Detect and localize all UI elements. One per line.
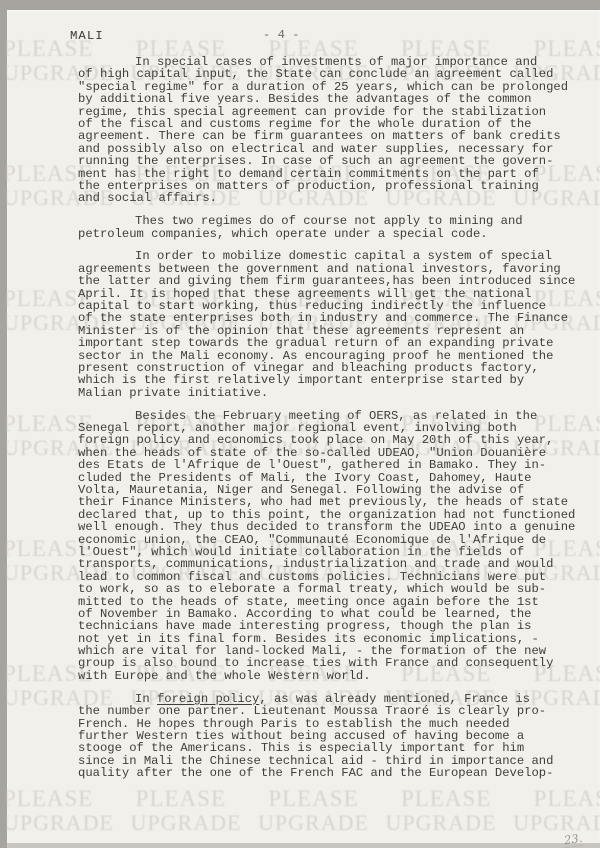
typed-line: Malian private initiative. bbox=[78, 387, 590, 399]
typed-line: des Etats de l'Afrique de l'Ouest", gath… bbox=[78, 459, 590, 471]
typed-line: stooge of the Americans. This is especia… bbox=[78, 742, 590, 754]
watermark-word: UPGRADE bbox=[131, 812, 242, 834]
typed-line: agreement. There can be firm guarantees … bbox=[78, 130, 590, 142]
typed-line: to work, so as to eleborate a formal tre… bbox=[78, 583, 590, 595]
watermark-row: UPGRADEUPGRADEUPGRADEUPGRADEUPGRADE bbox=[7, 812, 600, 834]
scan-bottom-edge bbox=[7, 843, 600, 848]
typed-line: Thes two regimes do of course not apply … bbox=[78, 215, 590, 227]
paragraph: In special cases of investments of major… bbox=[78, 56, 590, 205]
watermark-word: PLEASE bbox=[268, 787, 358, 810]
typed-line: the number one partner. Lieutenant Mouss… bbox=[78, 705, 590, 717]
watermark-word: PLEASE bbox=[401, 787, 491, 810]
paragraph: Besides the February meeting of OERS, as… bbox=[78, 410, 590, 683]
watermark-word: PLEASE bbox=[534, 787, 600, 810]
typed-line: and social affairs. bbox=[78, 192, 590, 204]
paragraph: In order to mobilize domestic capital a … bbox=[78, 250, 590, 399]
watermark-word: UPGRADE bbox=[7, 812, 114, 834]
typed-line: transports, communications, industrializ… bbox=[78, 558, 590, 570]
typed-line: with Europe and the whole Western world. bbox=[78, 670, 590, 682]
watermark-word: PLEASE bbox=[7, 787, 93, 810]
typed-line: of high capital input, the State can con… bbox=[78, 68, 590, 80]
watermark-word: UPGRADE bbox=[258, 812, 369, 834]
watermark-word: PLEASE bbox=[136, 787, 226, 810]
paper-page: PLEASEPLEASEPLEASEPLEASEPLEASEUPGRADEUPG… bbox=[7, 10, 600, 843]
typed-line: well enough. They thus decided to transf… bbox=[78, 521, 590, 533]
typed-line: running the enterprises. In case of such… bbox=[78, 155, 590, 167]
typed-page-number: - 4 - bbox=[263, 28, 300, 42]
typed-line: of the state enterprises both in industr… bbox=[78, 312, 590, 324]
typed-line: petroleum companies, which operate under… bbox=[78, 228, 590, 240]
typed-line: which is the first relatively important … bbox=[78, 374, 590, 386]
typed-line: by additional five years. Besides the ad… bbox=[78, 93, 590, 105]
typed-line: their Finance Ministers, who had met pre… bbox=[78, 496, 590, 508]
typed-line: important step towards the gradual retur… bbox=[78, 337, 590, 349]
typed-line: group is also bound to increase ties wit… bbox=[78, 657, 590, 669]
typed-line: In order to mobilize domestic capital a … bbox=[78, 250, 590, 262]
watermark-word: UPGRADE bbox=[386, 812, 497, 834]
paragraph: In foreign policy, as was already mentio… bbox=[78, 693, 590, 780]
paragraph: Thes two regimes do of course not apply … bbox=[78, 215, 590, 240]
document-body: In special cases of investments of major… bbox=[78, 56, 590, 790]
typed-line: technicians have made interesting progre… bbox=[78, 620, 590, 632]
handwritten-page-number: 23. bbox=[562, 831, 584, 848]
typed-line: the latter and giving them firm guarante… bbox=[78, 275, 590, 287]
section-title: MALI bbox=[70, 29, 104, 43]
watermark-row: PLEASEPLEASEPLEASEPLEASEPLEASE bbox=[7, 787, 600, 810]
typed-line: foreign policy and economics took place … bbox=[78, 434, 590, 446]
typed-line: quality after the one of the French FAC … bbox=[78, 767, 590, 779]
scanned-document: PLEASEPLEASEPLEASEPLEASEPLEASEUPGRADEUPG… bbox=[0, 0, 600, 848]
watermark-word: UPGRADE bbox=[513, 812, 600, 834]
